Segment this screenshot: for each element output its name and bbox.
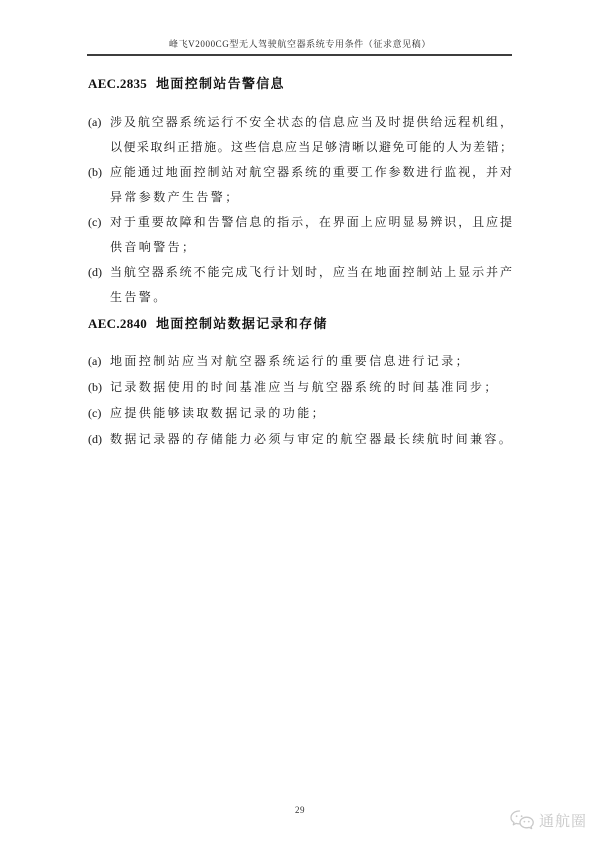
header-rule	[87, 54, 512, 56]
item-marker: (d)	[88, 426, 102, 452]
item-marker: (c)	[88, 400, 101, 426]
list-item-c: (c) 应提供能够读取数据记录的功能；	[88, 400, 513, 426]
item-text-line: 异常参数产生告警；	[110, 185, 513, 210]
item-text-line: 记录数据使用的时间基准应当与航空器系统的时间基准同步；	[110, 374, 513, 400]
item-marker: (b)	[88, 374, 102, 400]
list-item-a: (a) 涉及航空器系统运行不安全状态的信息应当及时提供给远程机组， 以便采取纠正…	[88, 110, 513, 160]
item-text-line: 数据记录器的存储能力必须与审定的航空器最长续航时间兼容。	[110, 426, 513, 452]
item-marker: (c)	[88, 210, 101, 235]
watermark: 通航圈	[509, 809, 587, 831]
item-marker: (d)	[88, 260, 102, 285]
wechat-icon	[509, 809, 535, 831]
section-2-items: (a) 地面控制站应当对航空器系统运行的重要信息进行记录； (b) 记录数据使用…	[88, 348, 513, 452]
list-item-b: (b) 记录数据使用的时间基准应当与航空器系统的时间基准同步；	[88, 374, 513, 400]
item-text-line: 对于重要故障和告警信息的指示，在界面上应明显易辨识，且应提	[110, 210, 513, 235]
page-header-title: 峰飞V2000CG型无人驾驶航空器系统专用条件（征求意见稿）	[0, 37, 600, 50]
item-marker: (a)	[88, 348, 101, 374]
document-content: AEC.2835 地面控制站告警信息 (a) 涉及航空器系统运行不安全状态的信息…	[88, 70, 513, 452]
section-title: 地面控制站数据记录和存储	[156, 314, 328, 334]
item-text-line: 生告警。	[110, 285, 513, 310]
section-number: AEC.2835	[88, 74, 147, 94]
section-number: AEC.2840	[88, 314, 147, 334]
item-text-line: 当航空器系统不能完成飞行计划时，应当在地面控制站上显示并产	[110, 260, 513, 285]
watermark-label: 通航圈	[539, 810, 587, 831]
list-item-c: (c) 对于重要故障和告警信息的指示，在界面上应明显易辨识，且应提 供音响警告；	[88, 210, 513, 260]
section-heading-aec2840: AEC.2840 地面控制站数据记录和存储	[88, 314, 513, 334]
document-page: 峰飞V2000CG型无人驾驶航空器系统专用条件（征求意见稿） AEC.2835 …	[0, 0, 600, 848]
item-text-line: 以便采取纠正措施。这些信息应当足够清晰以避免可能的人为差错；	[110, 135, 513, 160]
item-text-line: 涉及航空器系统运行不安全状态的信息应当及时提供给远程机组，	[110, 110, 513, 135]
item-marker: (a)	[88, 110, 101, 135]
section-title: 地面控制站告警信息	[156, 74, 285, 94]
list-item-b: (b) 应能通过地面控制站对航空器系统的重要工作参数进行监视，并对 异常参数产生…	[88, 160, 513, 210]
item-text-line: 地面控制站应当对航空器系统运行的重要信息进行记录；	[110, 348, 513, 374]
list-item-d: (d) 数据记录器的存储能力必须与审定的航空器最长续航时间兼容。	[88, 426, 513, 452]
section-heading-aec2835: AEC.2835 地面控制站告警信息	[88, 74, 513, 94]
item-marker: (b)	[88, 160, 102, 185]
item-text-line: 应提供能够读取数据记录的功能；	[110, 400, 513, 426]
list-item-a: (a) 地面控制站应当对航空器系统运行的重要信息进行记录；	[88, 348, 513, 374]
list-item-d: (d) 当航空器系统不能完成飞行计划时，应当在地面控制站上显示并产 生告警。	[88, 260, 513, 310]
item-text-line: 应能通过地面控制站对航空器系统的重要工作参数进行监视，并对	[110, 160, 513, 185]
item-text-line: 供音响警告；	[110, 235, 513, 260]
